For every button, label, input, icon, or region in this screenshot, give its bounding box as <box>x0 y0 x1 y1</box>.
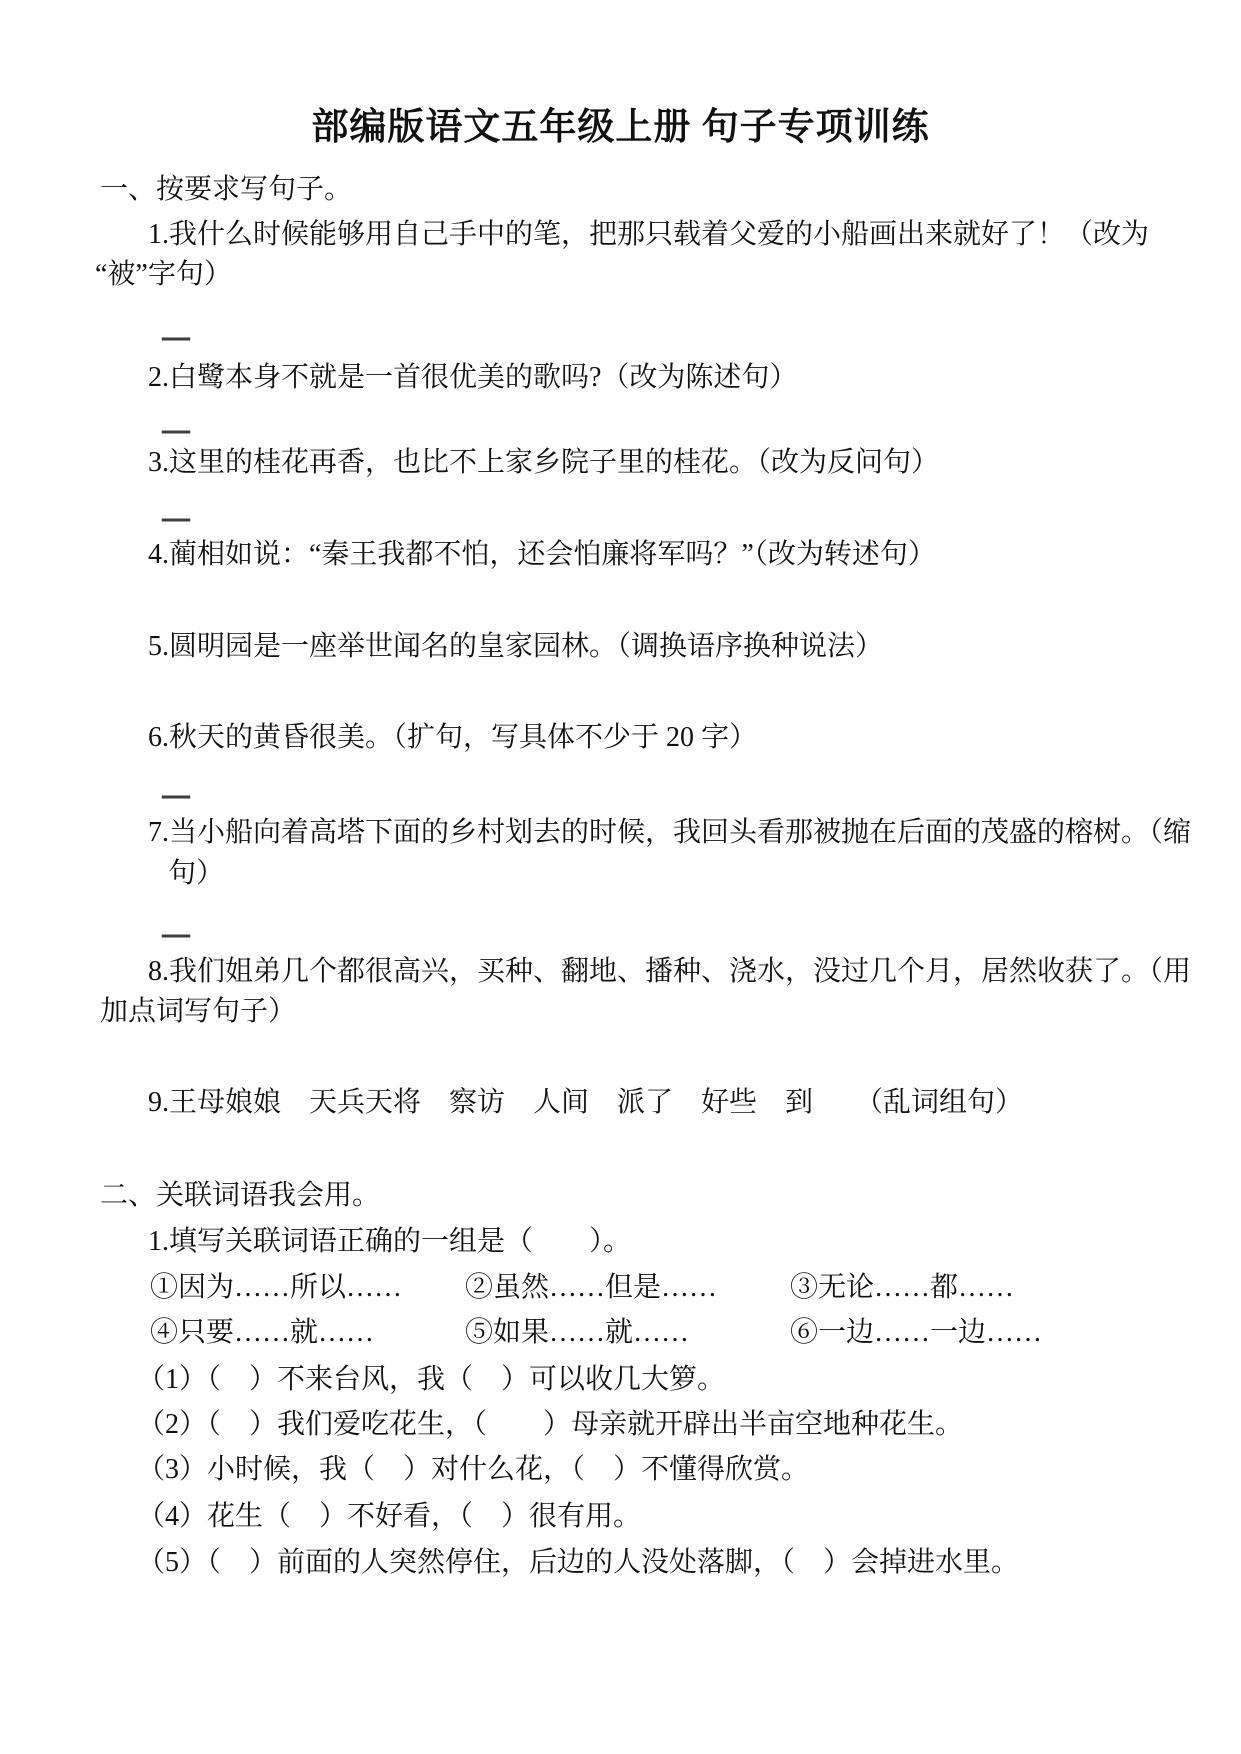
answer-dash-1: — <box>162 316 190 358</box>
option-row-1: ①因为……所以…… ②虽然……但是…… ③无论……都…… <box>150 1267 1190 1309</box>
item-9: 9.王母娘娘 天兵天将 察访 人间 派了 好些 到 （乱词组句） <box>148 1082 1023 1124</box>
fill-blank-5: （5）（ ）前面的人突然停住，后边的人没处落脚，（ ）会掉进水里。 <box>137 1542 1019 1584</box>
answer-dash-4: — <box>162 774 190 816</box>
item-6: 6.秋天的黄昏很美。（扩句，写具体不少于 20 字） <box>148 717 757 759</box>
option-3: ③无论……都…… <box>790 1267 1014 1309</box>
answer-dash-mark: — <box>162 321 190 352</box>
option-row-2: ④只要……就…… ⑤如果……就…… ⑥一边……一边…… <box>150 1312 1190 1354</box>
answer-dash-mark: — <box>162 918 190 949</box>
section-2-heading: 二、关联词语我会用。 <box>100 1175 380 1217</box>
worksheet-page: 部编版语文五年级上册 句子专项训练 一、按要求写句子。 1.我什么时候能够用自己… <box>0 0 1241 1754</box>
item-1-line-2: “被”字句） <box>95 254 232 296</box>
item-8-line-2: 加点词写句子） <box>100 991 296 1033</box>
option-6: ⑥一边……一边…… <box>790 1312 1042 1354</box>
option-5: ⑤如果……就…… <box>465 1312 689 1354</box>
fill-blank-4: （4）花生（ ）不好看，（ ）很有用。 <box>137 1496 641 1538</box>
item-8-line-1: 8.我们姐弟几个都很高兴，买种、翻地、播种、浇水，没过几个月，居然收获了。（用 <box>148 951 1191 993</box>
item-8-prefix: 8.我们姐弟几个都很高兴，买种、翻地、播种、浇水，没过几个月， <box>148 956 981 987</box>
option-2: ②虽然……但是…… <box>465 1267 717 1309</box>
section-1-heading: 一、按要求写句子。 <box>100 169 352 211</box>
answer-dash-3: — <box>162 497 190 539</box>
doc-title: 部编版语文五年级上册 句子专项训练 <box>0 105 1241 151</box>
section-2-question-1: 1.填写关联词语正确的一组是（ ）。 <box>148 1221 631 1263</box>
item-7-line-2: 句） <box>168 853 224 895</box>
item-1-line-1: 1.我什么时候能够用自己手中的笔，把那只载着父爱的小船画出来就好了！（改为 <box>148 214 1149 256</box>
option-4: ④只要……就…… <box>150 1312 374 1354</box>
answer-dash-mark: — <box>162 779 190 810</box>
answer-dash-5: — <box>162 913 190 955</box>
fill-blank-2: （2）（ ）我们爱吃花生，（ ）母亲就开辟出半亩空地种花生。 <box>137 1404 963 1446</box>
fill-blank-3: （3）小时候，我（ ）对什么花，（ ）不懂得欣赏。 <box>137 1449 809 1491</box>
item-5: 5.圆明园是一座举世闻名的皇家园林。（调换语序换种说法） <box>148 626 883 668</box>
item-8-emphasized-word: 居然 <box>981 956 1037 987</box>
option-1: ①因为……所以…… <box>150 1267 402 1309</box>
item-3: 3.这里的桂花再香，也比不上家乡院子里的桂花。（改为反问句） <box>148 442 939 484</box>
answer-dash-mark: — <box>162 414 190 445</box>
item-8-suffix: 收获了。（用 <box>1037 956 1191 987</box>
answer-dash-mark: — <box>162 502 190 533</box>
item-7-line-1: 7.当小船向着高塔下面的乡村划去的时候，我回头看那被抛在后面的茂盛的榕树。（缩 <box>148 812 1191 854</box>
fill-blank-1: （1）（ ）不来台风，我（ ）可以收几大箩。 <box>137 1359 725 1401</box>
item-2: 2.白鹭本身不就是一首很优美的歌吗?（改为陈述句） <box>148 357 797 399</box>
item-4: 4.蔺相如说：“秦王我都不怕，还会怕廉将军吗？”（改为转述句） <box>148 534 936 576</box>
